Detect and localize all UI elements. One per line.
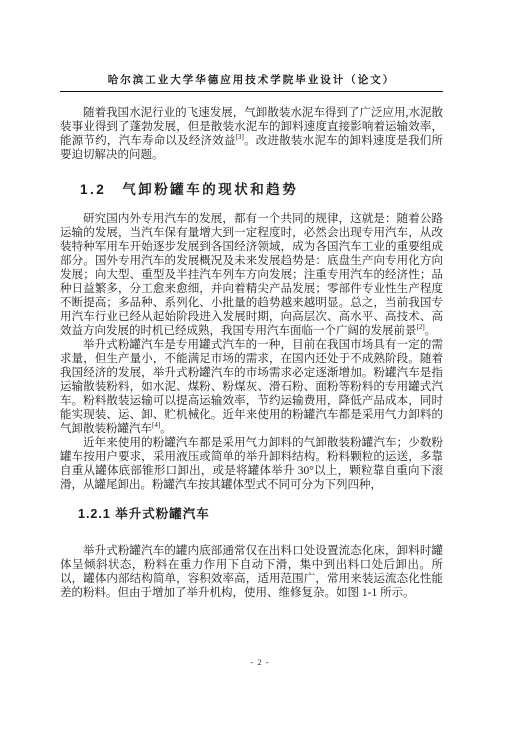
- citation-4: [4]: [152, 421, 160, 429]
- paragraph-text: 。: [425, 325, 437, 337]
- page-content: 哈尔滨工业大学华德应用技术学院毕业设计（论文） 随着我国水泥行业的飞速发展，气卸…: [60, 0, 443, 600]
- paragraph-text: 。: [160, 423, 172, 435]
- paragraph-text: 近年来使用的粉罐汽车都是采用气力卸料的气卸散装粉罐汽车；少数粉罐车按用户要求，采…: [60, 437, 443, 491]
- paragraph-powder-tanker-market: 举升式粉罐汽车是专用罐式汽车的一种，目前在我国市场具有一定的需求量，但生产量小，…: [60, 338, 443, 436]
- citation-2: [2]: [417, 323, 425, 331]
- paragraph-special-vehicle-development: 研究国内外专用汽车的发展，都有一个共同的规律，这就是：随着公路运输的发展，当汽车…: [60, 212, 443, 338]
- paragraph-text: 举升式粉罐汽车是专用罐式汽车的一种，目前在我国市场具有一定的需求量，但生产量小，…: [60, 339, 443, 435]
- section-heading-1-2-1: 1.2.1 举升式粉罐汽车: [60, 506, 443, 522]
- paragraph-lift-type-tanker: 举升式粉罐汽车的罐内底部通常仅在出料口处设置流态化床，卸料时罐体呈倾斜状态，粉料…: [60, 544, 443, 600]
- paragraph-text: 举升式粉罐汽车的罐内底部通常仅在出料口处设置流态化床，卸料时罐体呈倾斜状态，粉料…: [60, 545, 443, 599]
- paragraph-text: 研究国内外专用汽车的发展，都有一个共同的规律，这就是：随着公路运输的发展，当汽车…: [60, 213, 443, 337]
- paragraph-cement-intro: 随着我国水泥行业的飞速发展，气卸散装水泥车得到了广泛应用,水泥散装事业得到了蓬勃…: [60, 106, 443, 162]
- paragraph-unloading-methods: 近年来使用的粉罐汽车都是采用气力卸料的气卸散装粉罐汽车；少数粉罐车按用户要求，采…: [60, 436, 443, 492]
- header-title: 哈尔滨工业大学华德应用技术学院毕业设计（论文）: [108, 75, 396, 86]
- page-header: 哈尔滨工业大学华德应用技术学院毕业设计（论文）: [60, 74, 443, 92]
- page-number: - 2 -: [0, 657, 520, 667]
- citation-3: [3]: [236, 133, 244, 141]
- document-page: 哈尔滨工业大学华德应用技术学院毕业设计（论文） 随着我国水泥行业的飞速发展，气卸…: [0, 0, 520, 735]
- section-heading-1-2: 1.2 气卸粉罐车的现状和趋势: [60, 181, 443, 199]
